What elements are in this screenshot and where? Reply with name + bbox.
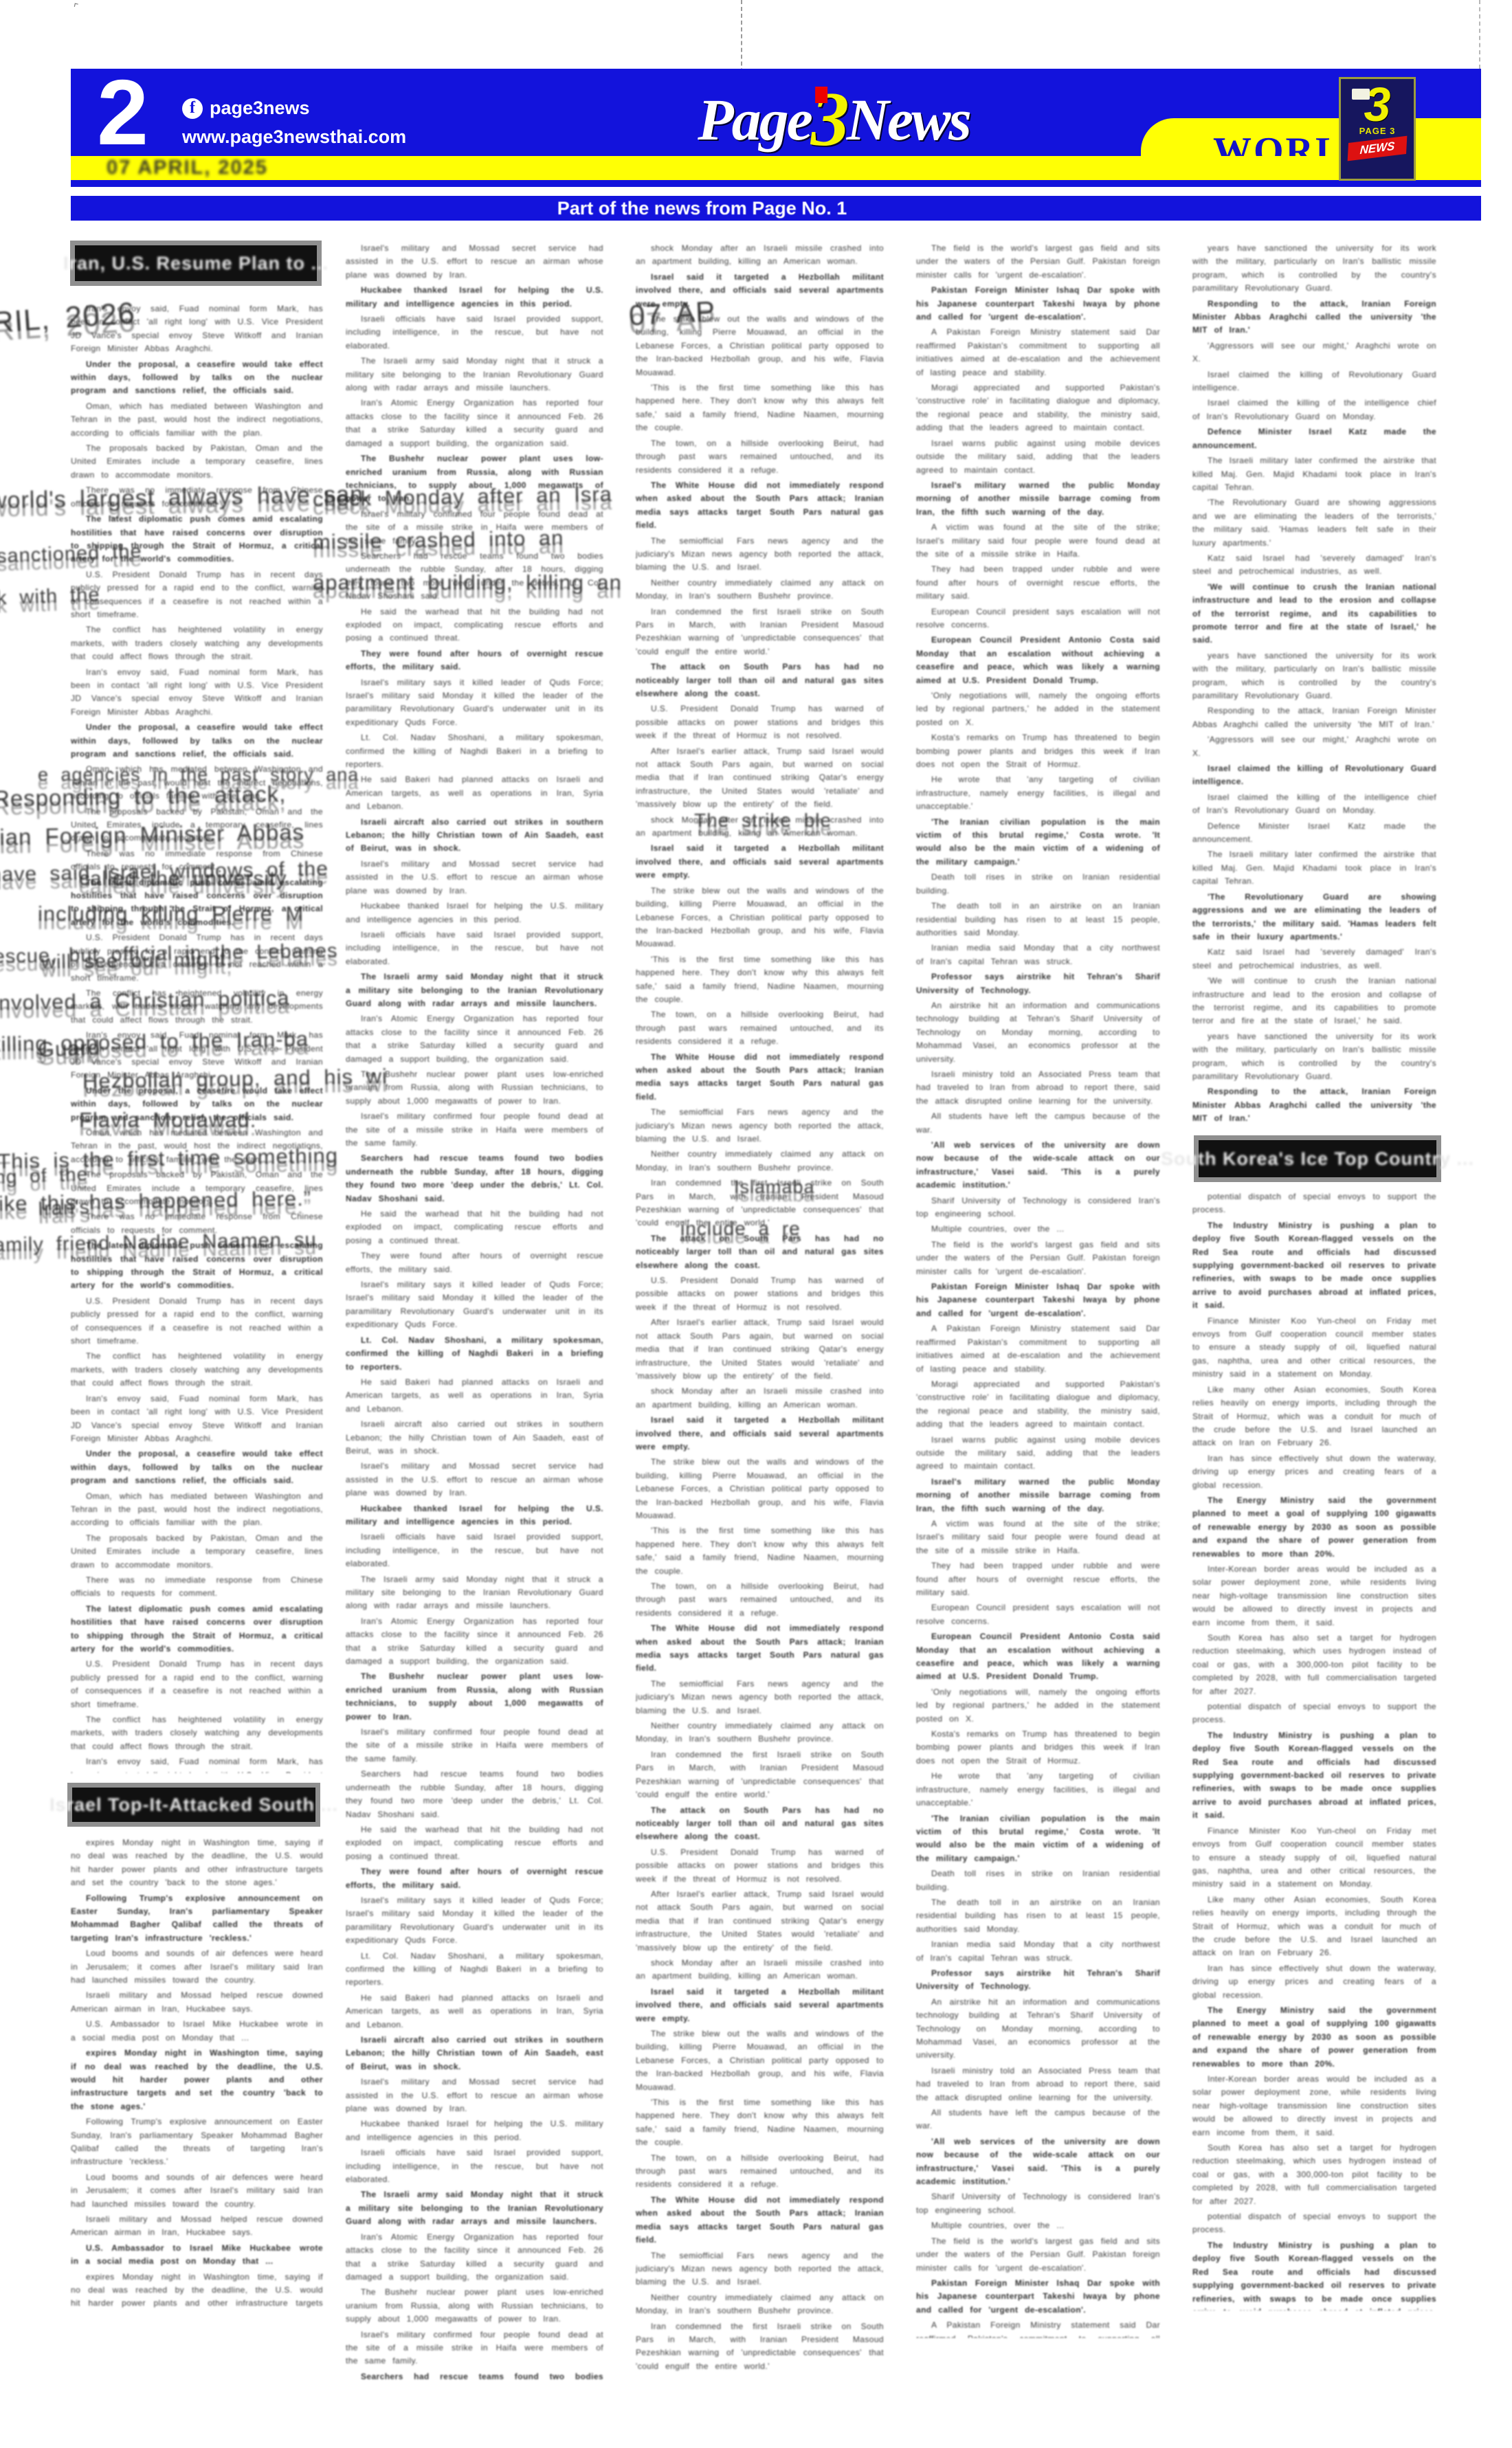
body-paragraph: Israel's military confirmed four people … <box>346 508 603 548</box>
body-paragraph: The attack on South Pars has had no noti… <box>636 660 884 700</box>
body-paragraph: The semiofficial Fars news agency and th… <box>636 1678 884 1717</box>
masthead-logo: Page3News <box>698 76 970 164</box>
body-paragraph: Iranian media said Monday that a city no… <box>916 1938 1160 1965</box>
body-paragraph: Huckabee thanked Israel for helping the … <box>346 1502 603 1529</box>
body-paragraph: The proposals backed by Pakistan, Oman a… <box>71 1168 323 1208</box>
body-paragraph: Finance Minister Koo Yun-cheol on Friday… <box>1192 1315 1436 1381</box>
body-paragraph: U.S. President Donald Trump has in recen… <box>71 568 323 622</box>
body-paragraph: The latest diplomatic push comes amid es… <box>71 513 323 566</box>
body-paragraph: shock Monday after an Israeli missile cr… <box>636 242 884 269</box>
body-paragraph: shock Monday after an Israeli missile cr… <box>636 814 884 841</box>
body-paragraph: Sharif University of Technology is consi… <box>916 1194 1160 1221</box>
body-paragraph: Israel's military says it killed leader … <box>346 1894 603 1948</box>
body-paragraph: Israel's military warned the public Mond… <box>916 479 1160 519</box>
body-paragraph: U.S. Ambassador to Israel Mike Huckabee … <box>71 2242 323 2269</box>
body-paragraph: Multiple countries, over the ... <box>916 2219 1160 2232</box>
body-paragraph: The conflict has heightened volatility i… <box>71 987 323 1027</box>
body-paragraph: Israel said it targeted a Hezbollah mili… <box>636 1985 884 2025</box>
fold-mark-right <box>1479 0 1480 69</box>
body-paragraph: Oman, which has mediated between Washing… <box>71 400 323 440</box>
headline-box-south-korea: South Korea's Ice Top Country ... <box>1194 1135 1441 1182</box>
body-paragraph: There was no immediate response from Chi… <box>71 1574 323 1601</box>
body-paragraph: U.S. President Donald Trump has warned o… <box>636 702 884 742</box>
website-url: www.page3newsthai.com <box>182 126 406 148</box>
body-paragraph: The field is the world's largest gas fie… <box>916 242 1160 282</box>
body-paragraph: Iranian media said Monday that a city no… <box>916 942 1160 968</box>
body-paragraph: The Israeli military later confirmed the… <box>1192 454 1436 494</box>
body-paragraph: They had been trapped under rubble and w… <box>916 563 1160 603</box>
body-paragraph: Iran's Atomic Energy Organization has re… <box>346 397 603 450</box>
body-paragraph: The Israeli army said Monday night that … <box>346 970 603 1010</box>
body-paragraph: They had been trapped under rubble and w… <box>916 1559 1160 1599</box>
body-paragraph: The Industry Ministry is pushing a plan … <box>1192 2239 1436 2311</box>
body-paragraph: They were found after hours of overnight… <box>346 647 603 674</box>
body-paragraph: The Israeli army said Monday night that … <box>346 1573 603 1613</box>
body-paragraph: After Israel's earlier attack, Trump sai… <box>636 1888 884 1955</box>
body-paragraph: 'All web services of the university are … <box>916 2135 1160 2189</box>
body-paragraph: Israel's military confirmed four people … <box>346 2328 603 2368</box>
body-paragraph: He wrote that 'any targeting of civilian… <box>916 1770 1160 1810</box>
body-paragraph: South Korea has also set a target for hy… <box>1192 1632 1436 1698</box>
body-paragraph: Iran condemned the first Israeli strike … <box>636 605 884 659</box>
body-paragraph: Iran's Atomic Energy Organization has re… <box>346 1012 603 1066</box>
body-paragraph: Israeli aircraft also carried out strike… <box>346 1418 603 1458</box>
body-paragraph: The field is the world's largest gas fie… <box>916 1238 1160 1278</box>
body-paragraph: Defence Minister Israel Katz made the an… <box>1192 820 1436 847</box>
body-paragraph: Searchers had rescue teams found two bod… <box>346 1768 603 1821</box>
body-paragraph: Under the proposal, a ceasefire would ta… <box>71 358 323 398</box>
body-paragraph: The attack on South Pars has had no noti… <box>636 1232 884 1272</box>
body-paragraph: Moragi appreciated and supported Pakista… <box>916 381 1160 435</box>
body-paragraph: The Israeli military later confirmed the… <box>1192 848 1436 888</box>
body-paragraph: Oman, which has mediated between Washing… <box>71 1126 323 1166</box>
headline-israel-attack: Israel Top-It-Attacked South ... <box>49 1794 338 1816</box>
body-paragraph: There was no immediate response from Chi… <box>71 484 323 511</box>
body-paragraph: The Israeli army said Monday night that … <box>346 2188 603 2228</box>
body-paragraph: The proposals backed by Pakistan, Oman a… <box>71 805 323 845</box>
body-paragraph: 'This is the first time something like t… <box>636 2096 884 2150</box>
body-paragraph: Israel claimed the killing of the intell… <box>1192 791 1436 818</box>
body-paragraph: Israel's military says it killed leader … <box>346 1278 603 1332</box>
body-paragraph: Iran's Atomic Energy Organization has re… <box>346 1615 603 1669</box>
body-paragraph: He said Bakeri had planned attacks on Is… <box>346 1376 603 1416</box>
body-paragraph: Responding to the attack, Iranian Foreig… <box>1192 704 1436 731</box>
body-paragraph: The latest diplomatic push comes amid es… <box>71 1239 323 1293</box>
body-paragraph: Iran's envoy said, Fuad nominal form Mar… <box>71 1755 323 1773</box>
body-paragraph: Israeli officials have said Israel provi… <box>346 313 603 353</box>
body-paragraph: The Industry Ministry is pushing a plan … <box>1192 1219 1436 1313</box>
body-paragraph: 'The Revolutionary Guard are showing agg… <box>1192 496 1436 550</box>
column-5-lower: potential dispatch of special envoys to … <box>1192 1190 1436 2311</box>
body-paragraph: The death toll in an airstrike on an Ira… <box>916 900 1160 939</box>
body-paragraph: U.S. Ambassador to Israel Mike Huckabee … <box>71 2018 323 2045</box>
column-3: shock Monday after an Israeli missile cr… <box>636 242 884 2376</box>
body-paragraph: 'The Revolutionary Guard are showing agg… <box>1192 891 1436 944</box>
body-paragraph: potential dispatch of special envoys to … <box>1192 1700 1436 1727</box>
body-paragraph: Searchers had rescue teams found two bod… <box>346 550 603 603</box>
page3-logo-box: 3 PAGE 3 NEWS <box>1339 77 1416 181</box>
body-paragraph: The conflict has heightened volatility i… <box>71 623 323 663</box>
body-paragraph: Israel claimed the killing of the intell… <box>1192 397 1436 423</box>
body-paragraph: Israel's military and Mossad secret serv… <box>346 242 603 282</box>
body-paragraph: Israeli aircraft also carried out strike… <box>346 816 603 856</box>
headline-box-israel-attack: Israel Top-It-Attacked South ... <box>67 1783 320 1827</box>
body-paragraph: shock Monday after an Israeli missile cr… <box>636 1385 884 1412</box>
body-paragraph: 'Aggressors will see our might,' Araghch… <box>1192 733 1436 760</box>
body-paragraph: Professor says airstrike hit Tehran's Sh… <box>916 970 1160 997</box>
body-paragraph: Israel said it targeted a Hezbollah mili… <box>636 271 884 311</box>
facebook-handle: page3news <box>210 98 310 119</box>
body-paragraph: The attack on South Pars has had no noti… <box>636 2375 884 2376</box>
body-paragraph: 'Aggressors will see our might,' Araghch… <box>1192 340 1436 366</box>
body-paragraph: The Industry Ministry is pushing a plan … <box>1192 1729 1436 1823</box>
body-paragraph: Israel's military and Mossad secret serv… <box>346 858 603 898</box>
body-paragraph: Israeli officials have said Israel provi… <box>346 2146 603 2186</box>
body-paragraph: Defence Minister Israel Katz made the an… <box>1192 425 1436 452</box>
body-paragraph: The latest diplomatic push comes amid es… <box>71 876 323 930</box>
body-paragraph: Iran's envoy said, Fuad nominal form Mar… <box>71 666 323 720</box>
body-paragraph: expires Monday night in Washington time,… <box>71 1836 323 1890</box>
body-paragraph: Loud booms and sounds of air defences we… <box>71 1947 323 1987</box>
body-paragraph: The strike blew out the walls and window… <box>636 2027 884 2094</box>
body-paragraph: The Energy Ministry said the government … <box>1192 2004 1436 2071</box>
body-paragraph: Kosta's remarks on Trump has threatened … <box>916 1728 1160 1768</box>
body-paragraph: Israel claimed the killing of Revolution… <box>1192 368 1436 395</box>
body-paragraph: Pakistan Foreign Minister Ishaq Dar spok… <box>916 2277 1160 2317</box>
logo-caption: PAGE 3 <box>1341 126 1414 136</box>
body-paragraph: expires Monday night in Washington time,… <box>71 2271 323 2309</box>
body-paragraph: There was no immediate response from Chi… <box>71 1210 323 1237</box>
body-paragraph: The White House did not immediately resp… <box>636 1622 884 1676</box>
body-paragraph: Israeli military and Mossad helped rescu… <box>71 1989 323 2016</box>
body-paragraph: 'The Iranian civilian population is the … <box>916 1812 1160 1866</box>
body-paragraph: A victim was found at the site of the st… <box>916 521 1160 561</box>
body-paragraph: Neither country immediately claimed any … <box>636 577 884 603</box>
body-paragraph: The White House did not immediately resp… <box>636 1051 884 1104</box>
body-paragraph: Huckabee thanked Israel for helping the … <box>346 284 603 311</box>
body-paragraph: Oman, which has mediated between Washing… <box>71 1490 323 1530</box>
date-strip: 07 APRIL, 2025 <box>71 156 1481 180</box>
body-paragraph: Israel claimed the killing of Revolution… <box>1192 762 1436 789</box>
body-paragraph: 'The Iranian civilian population is the … <box>916 816 1160 869</box>
body-paragraph: Israel said it targeted a Hezbollah mili… <box>636 1414 884 1454</box>
body-paragraph: The White House did not immediately resp… <box>636 479 884 533</box>
body-paragraph: Israel's military warned the public Mond… <box>916 1476 1160 1515</box>
body-paragraph: Pakistan Foreign Minister Ishaq Dar spok… <box>916 284 1160 324</box>
body-paragraph: Neither country immediately claimed any … <box>636 1148 884 1175</box>
newspaper-page: { "header": { "page_number": "2", "faceb… <box>0 0 1512 2448</box>
body-paragraph: Lt. Col. Nadav Shoshani, a military spok… <box>346 1950 603 1990</box>
column-5-upper: years have sanctioned the university for… <box>1192 242 1436 1125</box>
body-paragraph: South Korea has also set a target for hy… <box>1192 2141 1436 2208</box>
body-paragraph: Multiple countries, over the ... <box>916 1223 1160 1236</box>
body-paragraph: Iran has since effectively shut down the… <box>1192 1452 1436 1492</box>
logo-highlight-patch <box>1352 89 1370 100</box>
body-paragraph: He said Bakeri had planned attacks on Is… <box>346 773 603 813</box>
body-paragraph: Neither country immediately claimed any … <box>636 1720 884 1746</box>
body-paragraph: Oman, which has mediated between Washing… <box>71 763 323 803</box>
masthead-part1: Page <box>698 87 811 153</box>
body-paragraph: U.S. President Donald Trump has in recen… <box>71 1295 323 1348</box>
body-paragraph: 'All web services of the university are … <box>916 1139 1160 1192</box>
body-paragraph: Under the proposal, a ceasefire would ta… <box>71 1447 323 1487</box>
body-paragraph: Iran's Atomic Energy Organization has re… <box>346 2231 603 2284</box>
body-paragraph: The Israeli army said Monday night that … <box>346 355 603 394</box>
body-paragraph: Israel's military says it killed leader … <box>346 676 603 730</box>
column-4: The field is the world's largest gas fie… <box>916 242 1160 2338</box>
body-paragraph: Following Trump's explosive announcement… <box>71 2115 323 2169</box>
body-paragraph: European Council president says escalati… <box>916 1601 1160 1628</box>
body-paragraph: He said the warhead that hit the buildin… <box>346 605 603 645</box>
body-paragraph: They were found after hours of overnight… <box>346 1249 603 1276</box>
body-paragraph: shock Monday after an Israeli missile cr… <box>636 1957 884 1983</box>
body-paragraph: Israeli ministry told an Associated Pres… <box>916 2065 1160 2104</box>
body-paragraph: Like many other Asian economies, South K… <box>1192 1383 1436 1450</box>
body-paragraph: Kosta's remarks on Trump has threatened … <box>916 731 1160 771</box>
body-paragraph: expires Monday night in Washington time,… <box>71 2047 323 2113</box>
body-paragraph: The Bushehr nuclear power plant uses low… <box>346 1068 603 1108</box>
body-paragraph: Moragi appreciated and supported Pakista… <box>916 1378 1160 1432</box>
body-paragraph: years have sanctioned the university for… <box>1192 649 1436 703</box>
body-paragraph: Huckabee thanked Israel for helping the … <box>346 2117 603 2144</box>
body-paragraph: Huckabee thanked Israel for helping the … <box>346 900 603 926</box>
body-paragraph: Iran condemned the first Israeli strike … <box>636 2320 884 2374</box>
body-paragraph: All students have left the campus becaus… <box>916 1110 1160 1137</box>
body-paragraph: Searchers had rescue teams found two bod… <box>346 1152 603 1205</box>
body-paragraph: Under the proposal, a ceasefire would ta… <box>71 721 323 761</box>
body-paragraph: Israeli ministry told an Associated Pres… <box>916 1068 1160 1108</box>
body-paragraph: 'This is the first time something like t… <box>636 381 884 435</box>
body-paragraph: The semiofficial Fars news agency and th… <box>636 2249 884 2289</box>
body-paragraph: U.S. President Donald Trump has warned o… <box>636 1846 884 1886</box>
body-paragraph: A Pakistan Foreign Ministry statement sa… <box>916 1322 1160 1376</box>
body-paragraph: Israel's military and Mossad secret serv… <box>346 2076 603 2115</box>
masthead-part2: 3 <box>811 77 847 162</box>
body-paragraph: 'This is the first time something like t… <box>636 953 884 1007</box>
body-paragraph: Lt. Col. Nadav Shoshani, a military spok… <box>346 731 603 771</box>
body-paragraph: The semiofficial Fars news agency and th… <box>636 1106 884 1146</box>
body-paragraph: 'This is the first time something like t… <box>636 1524 884 1578</box>
column-1-lower: expires Monday night in Washington time,… <box>71 1836 323 2309</box>
masthead-part3: News <box>847 87 970 153</box>
corner-mark: ⌜ <box>71 1 79 15</box>
body-paragraph: The Bushehr nuclear power plant uses low… <box>346 452 603 506</box>
headline-south-korea: South Korea's Ice Top Country ... <box>1161 1148 1474 1170</box>
body-paragraph: The town, on a hillside overlooking Beir… <box>636 2152 884 2192</box>
body-paragraph: European Council president says escalati… <box>916 605 1160 632</box>
body-paragraph: The death toll in an airstrike on an Ira… <box>916 1896 1160 1936</box>
body-paragraph: Death toll rises in strike on Iranian re… <box>916 871 1160 898</box>
body-paragraph: U.S. President Donald Trump has in recen… <box>71 931 323 985</box>
logo-digit: 3 <box>1341 80 1414 129</box>
body-paragraph: Neither country immediately claimed any … <box>636 2291 884 2318</box>
body-paragraph: Israel said it targeted a Hezbollah mili… <box>636 842 884 882</box>
divider-strip <box>71 180 1481 187</box>
body-paragraph: A victim was found at the site of the st… <box>916 1517 1160 1557</box>
body-paragraph: Israeli military and Mossad helped rescu… <box>71 2213 323 2240</box>
body-paragraph: All students have left the campus becaus… <box>916 2106 1160 2133</box>
body-paragraph: Like many other Asian economies, South K… <box>1192 1893 1436 1960</box>
body-paragraph: After Israel's earlier attack, Trump sai… <box>636 1316 884 1383</box>
body-paragraph: An airstrike hit an information and comm… <box>916 1996 1160 2062</box>
body-paragraph: Iran condemned the first Israeli strike … <box>636 1177 884 1230</box>
body-paragraph: He wrote that 'any targeting of civilian… <box>916 773 1160 813</box>
body-paragraph: Under the proposal, a ceasefire would ta… <box>71 1084 323 1124</box>
body-paragraph: The conflict has heightened volatility i… <box>71 1350 323 1390</box>
body-paragraph: Iran's envoy said, Fuad nominal form Mar… <box>71 1029 323 1082</box>
body-paragraph: The proposals backed by Pakistan, Oman a… <box>71 442 323 482</box>
body-paragraph: years have sanctioned the university for… <box>1192 242 1436 296</box>
body-paragraph: The conflict has heightened volatility i… <box>71 1713 323 1753</box>
column-2: Israel's military and Mossad secret serv… <box>346 242 603 2383</box>
body-paragraph: There was no immediate response from Chi… <box>71 847 323 874</box>
body-paragraph: The attack on South Pars has had no noti… <box>636 1804 884 1844</box>
body-paragraph: The Energy Ministry said the government … <box>1192 1494 1436 1561</box>
body-paragraph: Israel warns public against using mobile… <box>916 1434 1160 1473</box>
body-paragraph: potential dispatch of special envoys to … <box>1192 2210 1436 2237</box>
body-paragraph: The town, on a hillside overlooking Beir… <box>636 1580 884 1620</box>
body-paragraph: The proposals backed by Pakistan, Oman a… <box>71 1532 323 1572</box>
body-paragraph: An airstrike hit an information and comm… <box>916 999 1160 1066</box>
facebook-icon: f <box>182 98 203 119</box>
body-paragraph: Lt. Col. Nadav Shoshani, a military spok… <box>346 1334 603 1374</box>
body-paragraph: Inter-Korean border areas would be inclu… <box>1192 1563 1436 1629</box>
body-paragraph: Israeli officials have said Israel provi… <box>346 928 603 968</box>
body-paragraph: The White House did not immediately resp… <box>636 2194 884 2247</box>
body-paragraph: He said the warhead that hit the buildin… <box>346 1823 603 1863</box>
body-paragraph: The latest diplomatic push comes amid es… <box>71 1603 323 1656</box>
body-paragraph: U.S. President Donald Trump has warned o… <box>636 1274 884 1314</box>
facebook-row: f page3news <box>182 98 310 119</box>
body-paragraph: Professor says airstrike hit Tehran's Sh… <box>916 1967 1160 1994</box>
body-paragraph: Israel's military confirmed four people … <box>346 1110 603 1150</box>
body-paragraph: A Pakistan Foreign Ministry statement sa… <box>916 326 1160 379</box>
body-paragraph: The Bushehr nuclear power plant uses low… <box>346 1670 603 1724</box>
body-paragraph: Israeli aircraft also carried out strike… <box>346 2034 603 2073</box>
body-paragraph: 'We will continue to crush the Iranian n… <box>1192 581 1436 647</box>
body-paragraph: Katz said Israel had 'severely damaged' … <box>1192 552 1436 579</box>
body-paragraph: Searchers had rescue teams found two bod… <box>346 2370 603 2383</box>
body-paragraph: Responding to the attack, Iranian Foreig… <box>1192 298 1436 337</box>
body-paragraph: He said Bakeri had planned attacks on Is… <box>346 1992 603 2032</box>
masthead-red-accent <box>815 87 827 103</box>
body-paragraph: He said the warhead that hit the buildin… <box>346 1208 603 1247</box>
subtitle-text: Part of the news from Page No. 1 <box>71 196 1481 221</box>
body-paragraph: Israel's military confirmed four people … <box>346 1726 603 1766</box>
body-paragraph: 'Only negotiations will, namely the ongo… <box>916 1686 1160 1726</box>
body-paragraph: European Council President Antonio Costa… <box>916 1630 1160 1684</box>
body-paragraph: The town, on a hillside overlooking Beir… <box>636 437 884 477</box>
body-paragraph: Pakistan Foreign Minister Ishaq Dar spok… <box>916 1280 1160 1320</box>
logo-news-banner: NEWS <box>1348 136 1408 162</box>
page-number: 2 <box>97 66 146 159</box>
body-paragraph: Loud booms and sounds of air defences we… <box>71 2171 323 2211</box>
body-paragraph: Israel's military and Mossad secret serv… <box>346 1460 603 1500</box>
body-paragraph: Finance Minister Koo Yun-cheol on Friday… <box>1192 1825 1436 1891</box>
body-paragraph: They were found after hours of overnight… <box>346 1865 603 1892</box>
body-paragraph: 'Only negotiations will, namely the ongo… <box>916 689 1160 729</box>
body-paragraph: The town, on a hillside overlooking Beir… <box>636 1008 884 1048</box>
body-paragraph: Israeli officials have said Israel provi… <box>346 1531 603 1570</box>
body-paragraph: Inter-Korean border areas would be inclu… <box>1192 2073 1436 2139</box>
body-paragraph: After Israel's earlier attack, Trump sai… <box>636 745 884 812</box>
body-paragraph: U.S. President Donald Trump has in recen… <box>71 1658 323 1711</box>
body-paragraph: Death toll rises in strike on Iranian re… <box>916 1867 1160 1894</box>
body-paragraph: potential dispatch of special envoys to … <box>1192 1190 1436 1217</box>
body-paragraph: Israel warns public against using mobile… <box>916 437 1160 477</box>
headline-iran-us: Iran, U.S. Resume Plan to ... <box>63 253 329 274</box>
headline-box-iran-us: Iran, U.S. Resume Plan to ... <box>70 241 322 286</box>
body-paragraph: The Bushehr nuclear power plant uses low… <box>346 2286 603 2326</box>
body-paragraph: A Pakistan Foreign Ministry statement sa… <box>916 2319 1160 2338</box>
date-text: 07 APRIL, 2025 <box>107 157 268 179</box>
body-paragraph: Iran condemned the first Israeli strike … <box>636 1748 884 1802</box>
body-paragraph: Sharif University of Technology is consi… <box>916 2190 1160 2217</box>
body-paragraph: Iran has since effectively shut down the… <box>1192 1962 1436 2002</box>
body-paragraph: Iran's envoy said, Fuad nominal form Mar… <box>71 1392 323 1446</box>
body-paragraph: The strike blew out the walls and window… <box>636 1456 884 1522</box>
body-paragraph: European Council President Antonio Costa… <box>916 634 1160 687</box>
body-paragraph: Katz said Israel had 'severely damaged' … <box>1192 946 1436 972</box>
subtitle-bar: Part of the news from Page No. 1 <box>71 196 1481 221</box>
body-paragraph: The field is the world's largest gas fie… <box>916 2235 1160 2275</box>
body-paragraph: Iran's envoy said, Fuad nominal form Mar… <box>71 302 323 356</box>
column-1-upper: Iran's envoy said, Fuad nominal form Mar… <box>71 302 323 1773</box>
body-paragraph: The strike blew out the walls and window… <box>636 313 884 379</box>
body-paragraph: 'We will continue to crush the Iranian n… <box>1192 975 1436 1028</box>
body-paragraph: The strike blew out the walls and window… <box>636 884 884 951</box>
body-paragraph: The semiofficial Fars news agency and th… <box>636 535 884 575</box>
body-paragraph: Responding to the attack, Iranian Foreig… <box>1192 1085 1436 1125</box>
body-paragraph: years have sanctioned the university for… <box>1192 1030 1436 1084</box>
body-paragraph: Following Trump's explosive announcement… <box>71 1892 323 1946</box>
